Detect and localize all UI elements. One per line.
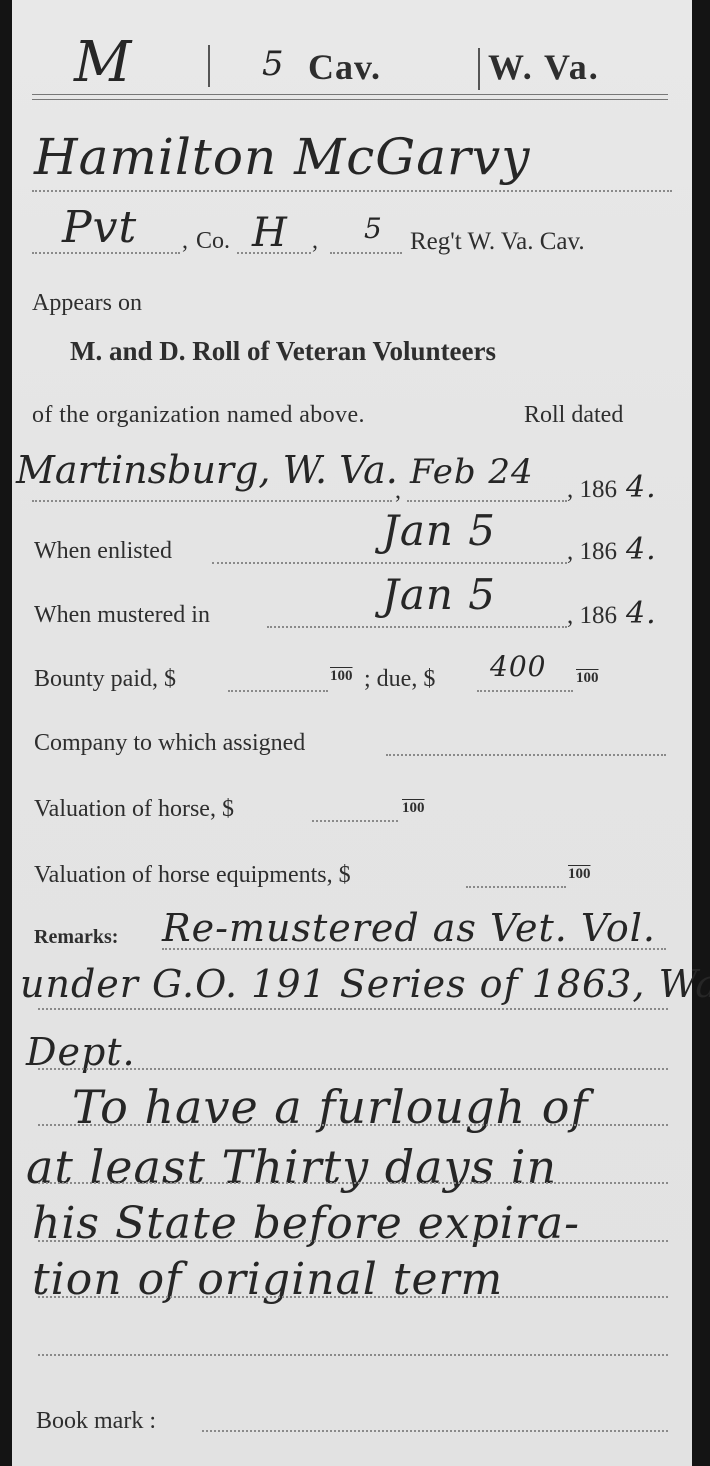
soldier-company: H [252, 210, 288, 256]
bounty-due-label: ; due, $ [364, 666, 435, 693]
roll-date-line [407, 500, 567, 502]
comma-2: , [312, 228, 318, 255]
roll-date: Feb 24 [410, 452, 534, 492]
rank-line [32, 252, 180, 254]
equipment-line [466, 886, 566, 888]
comma-3: , [395, 478, 401, 505]
muster-card: M 5 Cav. W. Va. Hamilton McGarvy Pvt , C… [12, 0, 692, 1466]
bounty-paid-label: Bounty paid, $ [34, 666, 176, 693]
header-divider-2 [478, 48, 480, 90]
remarks-rule-5 [38, 1182, 668, 1184]
mustered-label: When mustered in [34, 602, 210, 629]
remarks-rule-1 [162, 948, 666, 950]
mustered-year-prefix: , 186 [567, 602, 617, 630]
roll-title: M. and D. Roll of Veteran Volunteers [70, 336, 496, 367]
company-assigned-label: Company to which assigned [34, 730, 305, 757]
remarks-rule-7 [38, 1296, 668, 1298]
soldier-regiment: 5 [364, 212, 383, 245]
bounty-due-value: 400 [490, 650, 546, 683]
company-line [237, 252, 311, 254]
roll-year-prefix: , 186 [567, 476, 617, 504]
regiment-line [330, 252, 402, 254]
mustered-year-digit: 4. [626, 596, 657, 631]
soldier-rank: Pvt [62, 202, 137, 253]
horse-label: Valuation of horse, $ [34, 796, 234, 823]
enlisted-line [212, 562, 567, 564]
bounty-due-cents: 100 [576, 670, 599, 687]
horse-line [312, 820, 398, 822]
equipment-cents: 100 [568, 866, 591, 883]
roll-dated-label: Roll dated [524, 402, 623, 429]
roll-year-digit: 4. [626, 470, 657, 505]
header-divider-1 [208, 45, 210, 87]
bounty-paid-cents: 100 [330, 668, 353, 685]
enlisted-label: When enlisted [34, 538, 172, 565]
enlisted-date: Jan 5 [382, 506, 496, 555]
soldier-name: Hamilton McGarvy [34, 128, 530, 186]
remarks-rule-6 [38, 1240, 668, 1242]
header-rule-bottom [32, 99, 668, 100]
comma-1: , [182, 228, 188, 255]
equipment-label: Valuation of horse equipments, $ [34, 862, 351, 889]
book-mark-line [202, 1430, 668, 1432]
remarks-rule-3 [38, 1068, 668, 1070]
enlisted-year-digit: 4. [626, 532, 657, 567]
mustered-line [267, 626, 567, 628]
header-regiment-number: 5 [262, 44, 285, 84]
company-assigned-line [386, 754, 666, 756]
remarks-rule-2 [38, 1008, 668, 1010]
roll-place: Martinsburg, W. Va. [16, 448, 398, 492]
remarks-label: Remarks: [34, 926, 118, 949]
organization-line: of the organization named above. [32, 402, 365, 429]
remarks-rule-8 [38, 1354, 668, 1356]
book-mark-label: Book mark : [36, 1408, 156, 1435]
appears-on-label: Appears on [32, 290, 142, 317]
header-rule-top [32, 94, 668, 95]
remarks-line-5: at least Thirty days in [26, 1140, 557, 1194]
roll-place-line [32, 500, 392, 502]
header-initial: M [74, 30, 132, 95]
company-label: Co. [196, 228, 230, 255]
name-line [32, 190, 672, 192]
bounty-paid-line [228, 690, 328, 692]
remarks-rule-4 [38, 1124, 668, 1126]
header-arm: Cav. [308, 46, 381, 88]
remarks-line-2: under G.O. 191 Series of 1863, War [20, 962, 710, 1006]
header-state: W. Va. [488, 46, 600, 88]
mustered-date: Jan 5 [382, 570, 496, 619]
remarks-line-1: Re-mustered as Vet. Vol. [162, 906, 656, 950]
regiment-suffix: Reg't W. Va. Cav. [410, 228, 585, 256]
horse-cents: 100 [402, 800, 425, 817]
enlisted-year-prefix: , 186 [567, 538, 617, 566]
bounty-due-line [477, 690, 573, 692]
